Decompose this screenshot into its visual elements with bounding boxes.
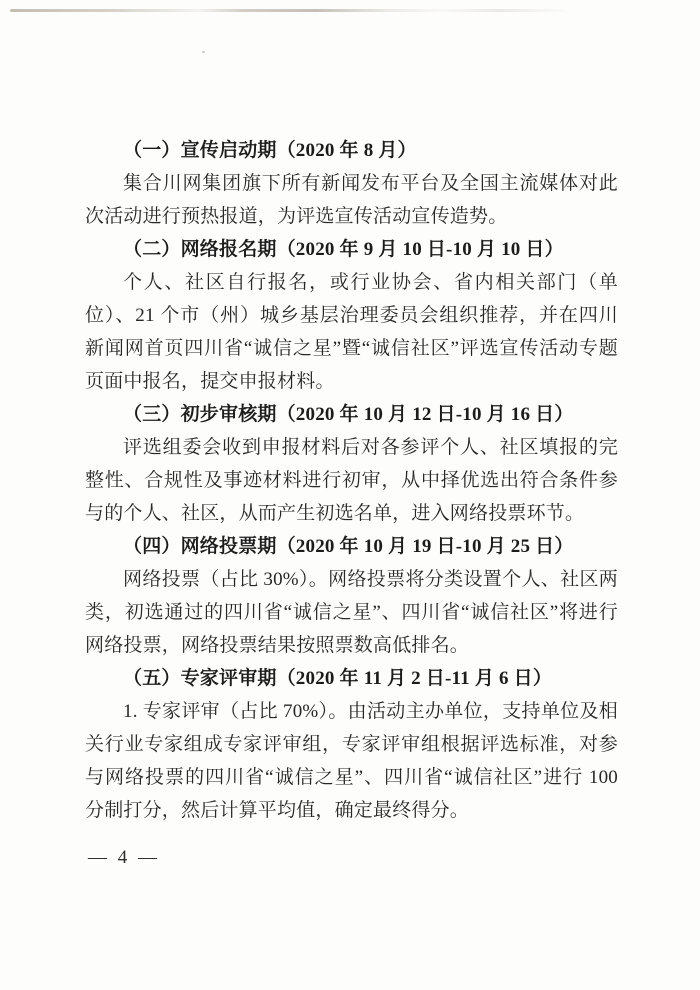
section-4-paragraph: 网络投票（占比 30%）。网络投票将分类设置个人、社区两类，初选通过的四川省“诚… (85, 563, 618, 662)
section-3: （三）初步审核期（2020 年 10 月 12 日-10 月 16 日） 评选组… (85, 398, 618, 530)
scan-streak-artifact (10, 9, 565, 12)
section-1-heading: （一）宣传启动期（2020 年 8 月） (85, 134, 618, 167)
section-1-paragraph: 集合川网集团旗下所有新闻发布平台及全国主流媒体对此次活动进行预热报道，为评选宣传… (85, 167, 618, 233)
section-5: （五）专家评审期（2020 年 11 月 2 日-11 月 6 日） 1. 专家… (85, 662, 618, 827)
document-page: （一）宣传启动期（2020 年 8 月） 集合川网集团旗下所有新闻发布平台及全国… (0, 0, 700, 990)
section-4-heading: （四）网络投票期（2020 年 10 月 19 日-10 月 25 日） (85, 530, 618, 563)
section-2: （二）网络报名期（2020 年 9 月 10 日-10 月 10 日） 个人、社… (85, 233, 618, 398)
section-2-heading: （二）网络报名期（2020 年 9 月 10 日-10 月 10 日） (85, 233, 618, 266)
section-5-heading: （五）专家评审期（2020 年 11 月 2 日-11 月 6 日） (85, 662, 618, 695)
section-5-paragraph: 1. 专家评审（占比 70%）。由活动主办单位，支持单位及相关行业专家组成专家评… (85, 695, 618, 827)
scan-speck-artifact (202, 51, 205, 53)
section-2-paragraph: 个人、社区自行报名，或行业协会、省内相关部门（单位）、21 个市（州）城乡基层治… (85, 266, 618, 398)
page-number: — 4 — (88, 845, 160, 871)
section-3-paragraph: 评选组委会收到申报材料后对各参评个人、社区填报的完整性、合规性及事迹材料进行初审… (85, 431, 618, 530)
section-4: （四）网络投票期（2020 年 10 月 19 日-10 月 25 日） 网络投… (85, 530, 618, 662)
section-1: （一）宣传启动期（2020 年 8 月） 集合川网集团旗下所有新闻发布平台及全国… (85, 134, 618, 233)
section-3-heading: （三）初步审核期（2020 年 10 月 12 日-10 月 16 日） (85, 398, 618, 431)
document-body: （一）宣传启动期（2020 年 8 月） 集合川网集团旗下所有新闻发布平台及全国… (85, 134, 618, 827)
